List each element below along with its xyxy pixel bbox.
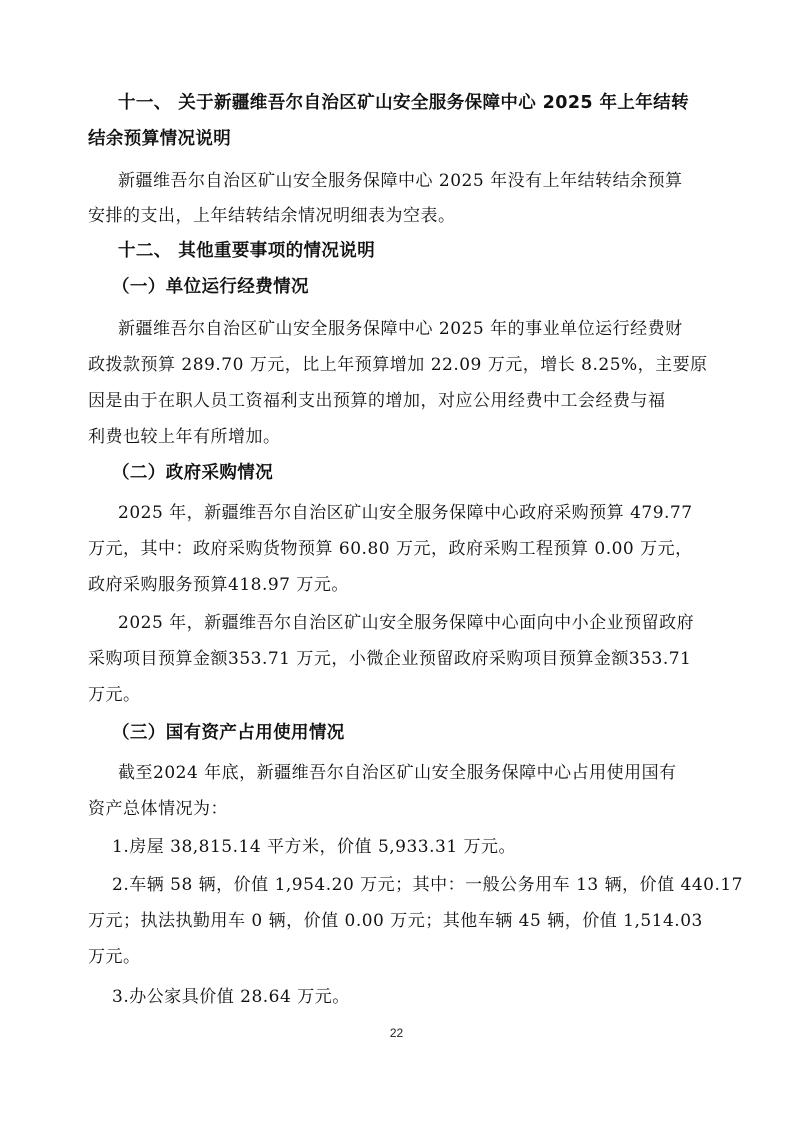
section-11-heading-cont: 结余预算情况说明 bbox=[88, 128, 231, 150]
asset-item-2-cont: 万元。 bbox=[88, 946, 141, 968]
subsection-1-heading: （一）单位运行经费情况 bbox=[112, 276, 309, 298]
paragraph-line: 因是由于在职人员工资福利支出预算的增加，对应公用经费中工会经费与福 bbox=[88, 390, 666, 412]
section-12-heading: 十二、 其他重要事项的情况说明 bbox=[118, 240, 375, 262]
document-page: 十一、 关于新疆维吾尔自治区矿山安全服务保障中心 2025 年上年结转 结余预算… bbox=[0, 0, 793, 1122]
subsection-3-heading: （三）国有资产占用使用情况 bbox=[112, 722, 345, 744]
paragraph-line: 2025 年，新疆维吾尔自治区矿山安全服务保障中心面向中小企业预留政府 bbox=[118, 612, 694, 634]
asset-item-1: 1.房屋 38,815.14 平方米，价值 5,933.31 万元。 bbox=[112, 836, 516, 858]
paragraph-line: 利费也较上年有所增加。 bbox=[88, 426, 281, 448]
paragraph-line: 政拨款预算 289.70 万元，比上年预算增加 22.09 万元，增长 8.25… bbox=[88, 354, 708, 376]
paragraph-line: 资产总体情况为： bbox=[88, 798, 228, 820]
section-11-heading: 十一、 关于新疆维吾尔自治区矿山安全服务保障中心 2025 年上年结转 bbox=[118, 92, 689, 114]
paragraph-line: 2025 年，新疆维吾尔自治区矿山安全服务保障中心政府采购预算 479.77 bbox=[118, 502, 693, 524]
paragraph-line: 万元，其中：政府采购货物预算 60.80 万元，政府采购工程预算 0.00 万元… bbox=[88, 538, 693, 560]
subsection-2-heading: （二）政府采购情况 bbox=[112, 462, 273, 484]
paragraph-line: 新疆维吾尔自治区矿山安全服务保障中心 2025 年没有上年结转结余预算 bbox=[118, 170, 683, 192]
page-number: 22 bbox=[0, 1026, 793, 1040]
paragraph-line: 安排的支出，上年结转结余情况明细表为空表。 bbox=[88, 205, 456, 227]
paragraph-line: 采购项目预算金额353.71 万元，小微企业预留政府采购项目预算金额353.71 bbox=[88, 648, 691, 670]
paragraph-line: 政府采购服务预算418.97 万元。 bbox=[88, 574, 349, 596]
paragraph-line: 截至2024 年底，新疆维吾尔自治区矿山安全服务保障中心占用使用国有 bbox=[118, 762, 677, 784]
asset-item-2: 2.车辆 58 辆，价值 1,954.20 万元；其中：一般公务用车 13 辆，… bbox=[112, 874, 743, 896]
paragraph-line: 万元。 bbox=[88, 684, 141, 706]
asset-item-3: 3.办公家具价值 28.64 万元。 bbox=[112, 986, 350, 1008]
paragraph-line: 新疆维吾尔自治区矿山安全服务保障中心 2025 年的事业单位运行经费财 bbox=[118, 318, 683, 340]
asset-item-2-cont: 万元；执法执勤用车 0 辆，价值 0.00 万元；其他车辆 45 辆，价值 1,… bbox=[88, 910, 703, 932]
